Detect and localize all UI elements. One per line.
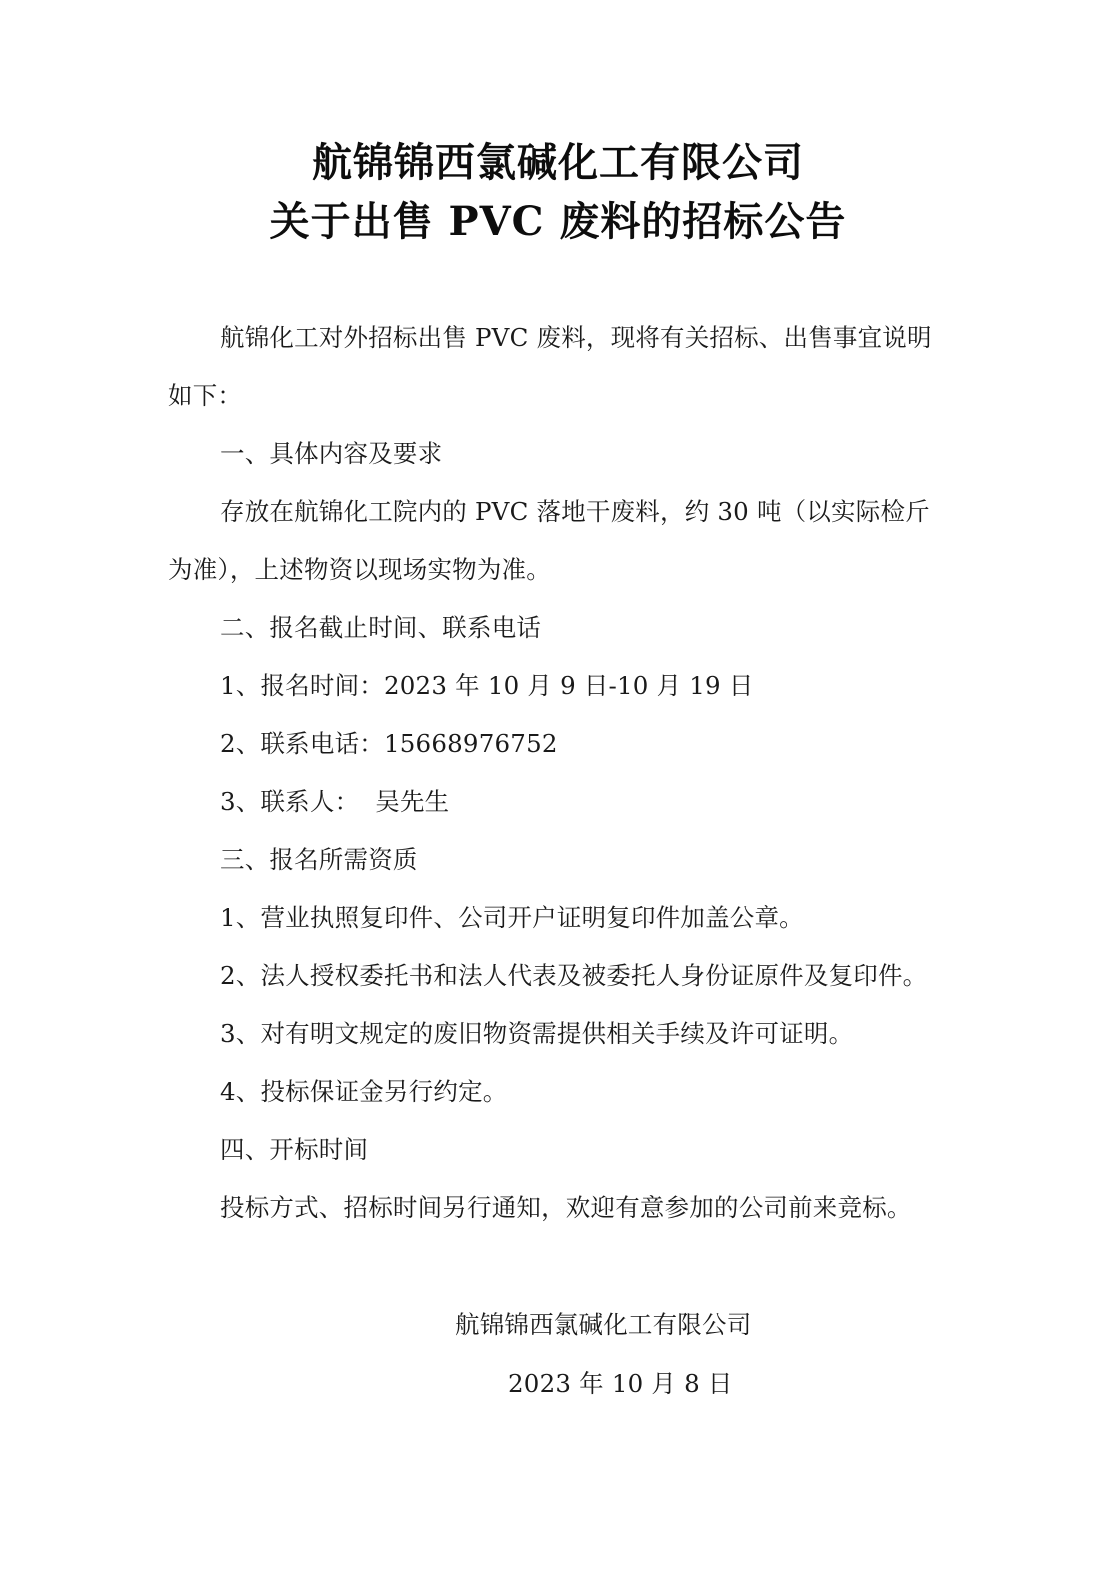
registration-time-item: 1、报名时间：2023 年 10 月 9 日-10 月 19 日 xyxy=(220,669,754,703)
signature-company: 航锦锦西氯碱化工有限公司 xyxy=(455,1308,751,1342)
section-1-text-line-2: 为准），上述物资以现场实物为准。 xyxy=(168,553,551,587)
intro-paragraph-line-2: 如下： xyxy=(168,379,242,413)
section-1-text-line-1: 存放在航锦化工院内的 PVC 落地干废料，约 30 吨（以实际检斤 xyxy=(220,495,930,529)
signature-date: 2023 年 10 月 8 日 xyxy=(508,1367,733,1401)
intro-paragraph-line-1: 航锦化工对外招标出售 PVC 废料，现将有关招标、出售事宜说明 xyxy=(220,321,932,355)
qualification-item-3: 3、对有明文规定的废旧物资需提供相关手续及许可证明。 xyxy=(220,1017,853,1051)
document-title-line-1: 航锦锦西氯碱化工有限公司 xyxy=(0,134,1116,192)
section-1-heading: 一、具体内容及要求 xyxy=(220,437,442,471)
section-3-heading: 三、报名所需资质 xyxy=(220,843,418,877)
document-page: 航锦锦西氯碱化工有限公司 关于出售 PVC 废料的招标公告 航锦化工对外招标出售… xyxy=(0,0,1116,1578)
document-title-line-2: 关于出售 PVC 废料的招标公告 xyxy=(0,193,1116,251)
section-4-text: 投标方式、招标时间另行通知，欢迎有意参加的公司前来竞标。 xyxy=(220,1191,912,1225)
qualification-item-1: 1、营业执照复印件、公司开户证明复印件加盖公章。 xyxy=(220,901,804,935)
qualification-item-4: 4、投标保证金另行约定。 xyxy=(220,1075,508,1109)
section-2-heading: 二、报名截止时间、联系电话 xyxy=(220,611,541,645)
contact-person-item: 3、联系人： 吴先生 xyxy=(220,785,449,819)
section-4-heading: 四、开标时间 xyxy=(220,1133,368,1167)
contact-phone-item: 2、联系电话：15668976752 xyxy=(220,727,558,761)
qualification-item-2: 2、法人授权委托书和法人代表及被委托人身份证原件及复印件。 xyxy=(220,959,927,993)
